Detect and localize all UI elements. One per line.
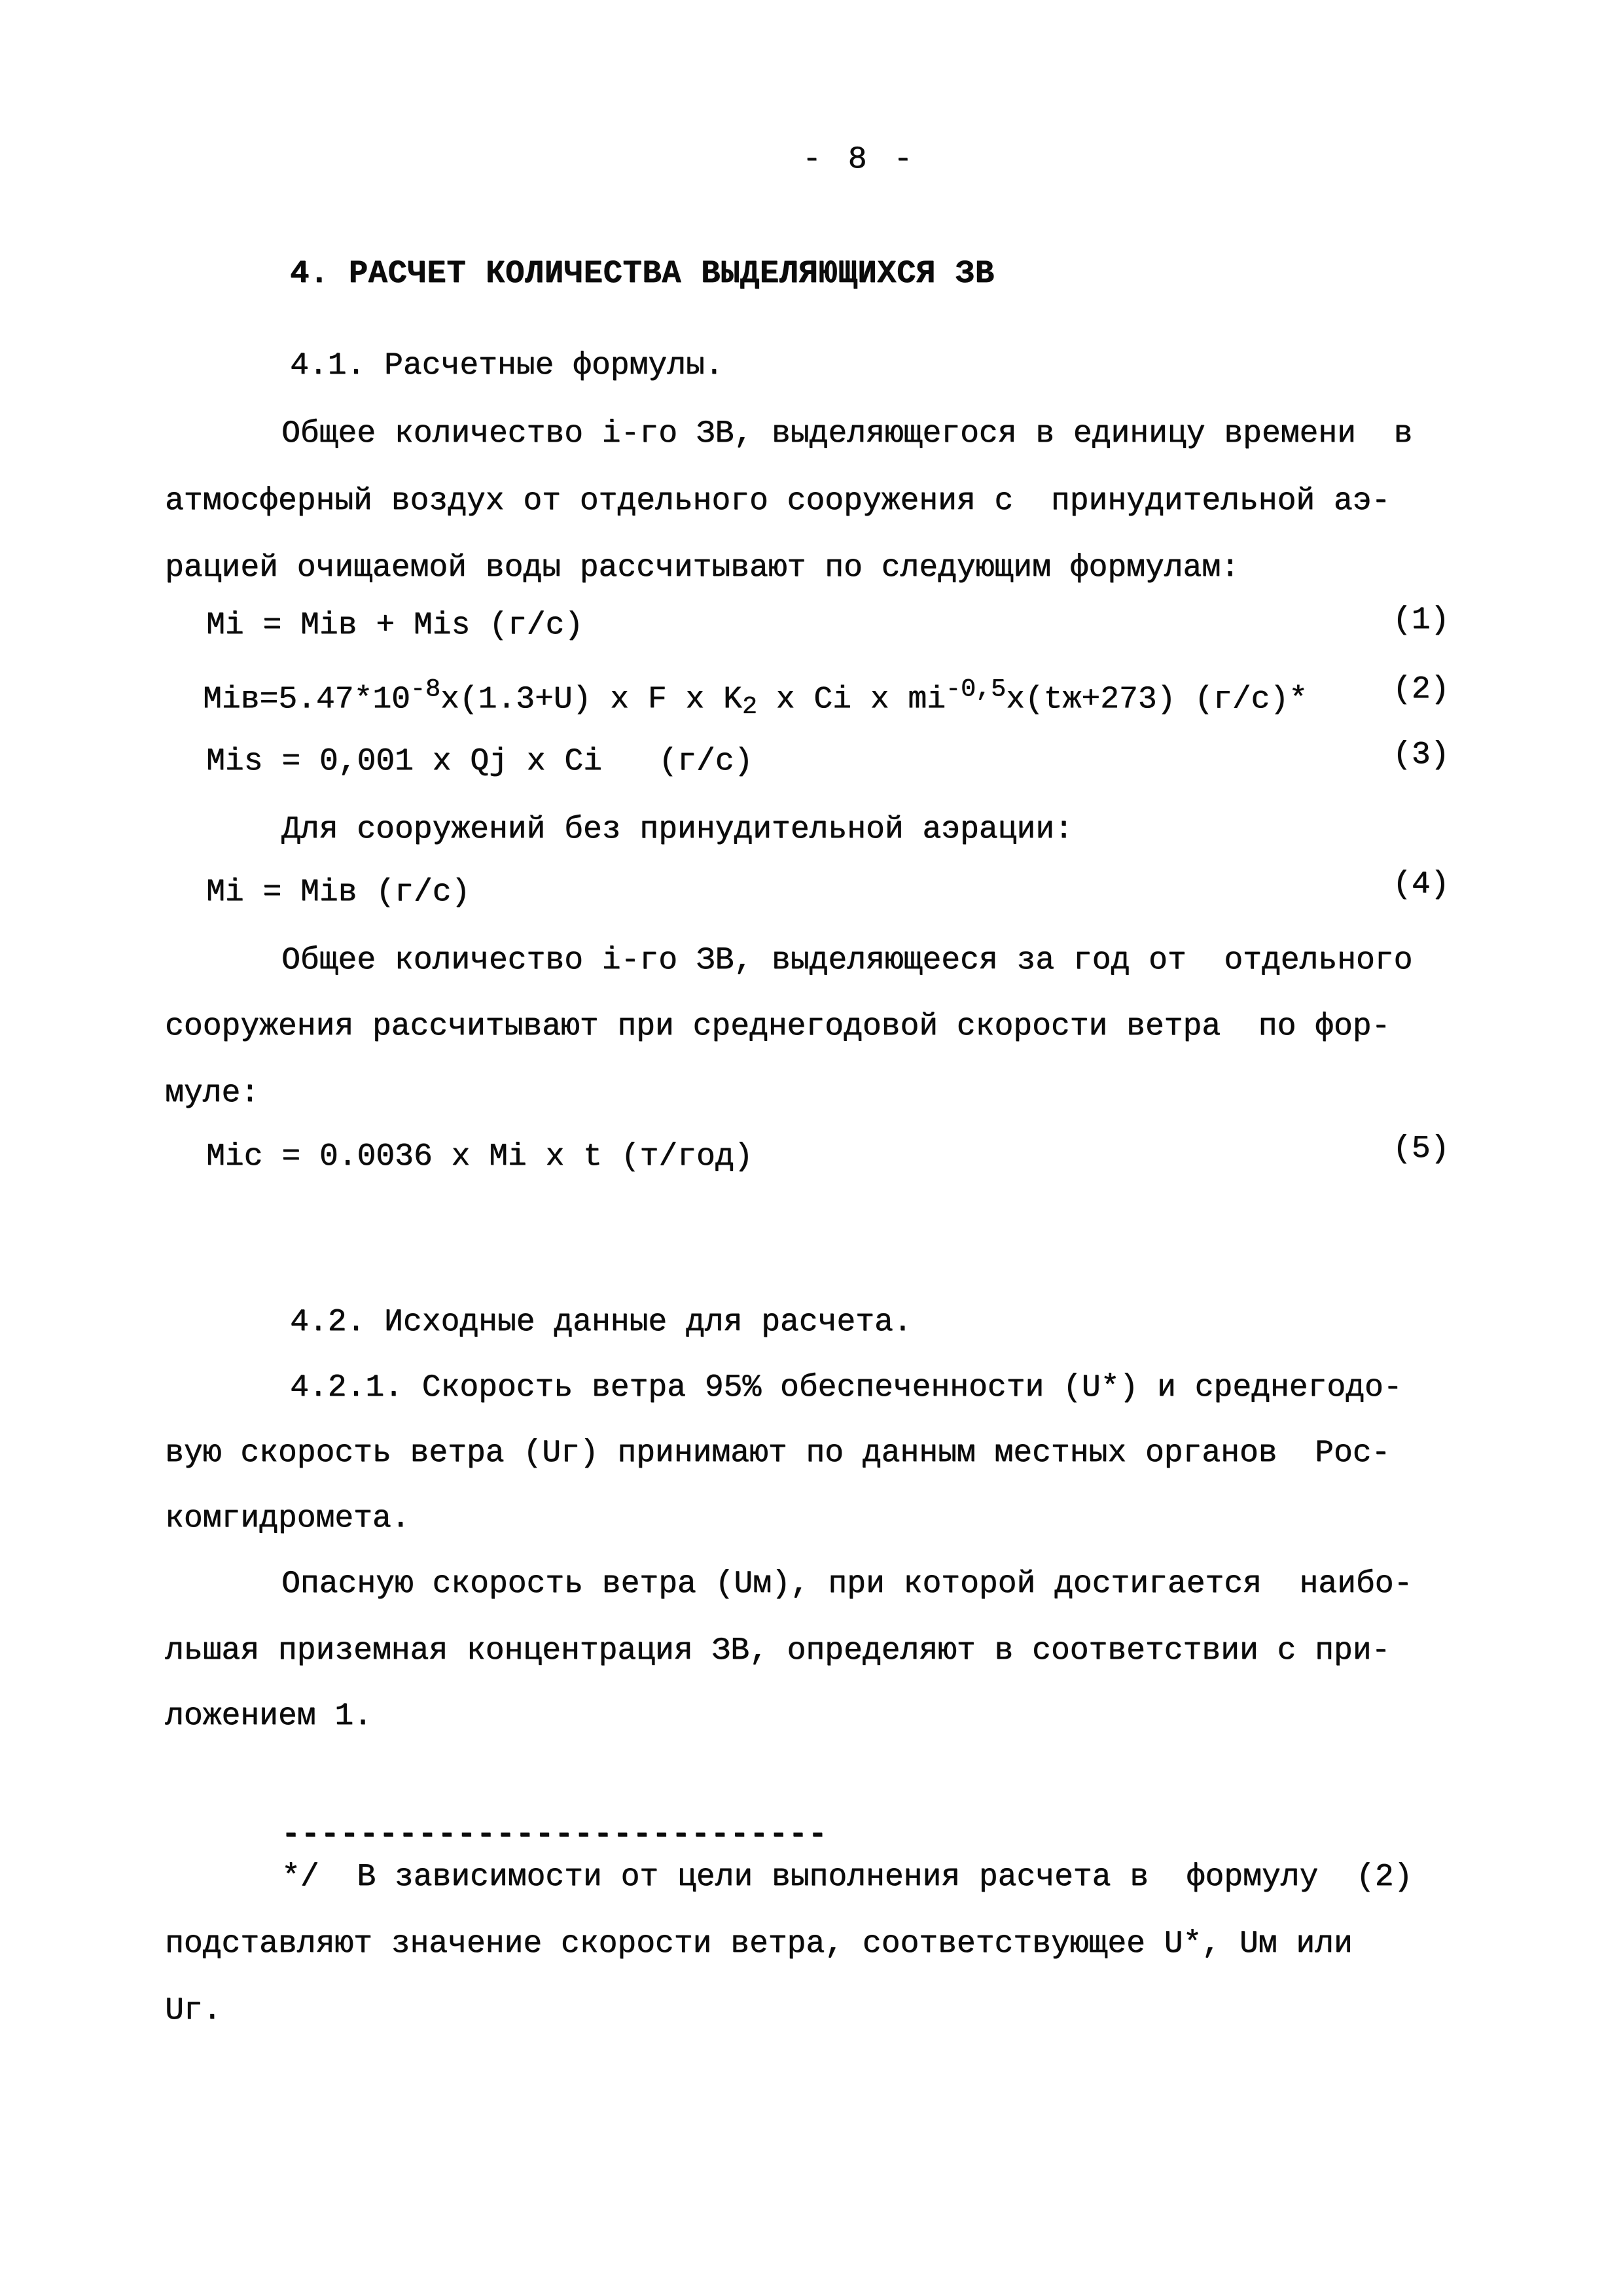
formula-4: Mi = Miв (г/с): [206, 875, 470, 910]
formula-5: Mic = 0.0036 x Mi x t (т/год): [206, 1140, 753, 1174]
formula-2-part: x(tж+273) (г/с)*: [1006, 682, 1308, 717]
document-page: - 8 - 4. РАСЧЕТ КОЛИЧЕСТВА ВЫДЕЛЯЮЩИХСЯ …: [0, 0, 1623, 2296]
paragraph-line: атмосферный воздух от отдельного сооруже…: [165, 484, 1390, 519]
paragraph-line: сооружения рассчитывают при среднегодово…: [165, 1010, 1390, 1044]
paragraph-line: льшая приземная концентрация ЗВ, определ…: [165, 1634, 1390, 1669]
paragraph-line: комгидромета.: [165, 1502, 410, 1536]
formula-2-superscript: -8: [410, 675, 440, 703]
subsection-title-4-1: 4.1. Расчетные формулы.: [290, 349, 724, 383]
formula-2: Miв=5.47*10-8x(1.3+U) x F x K2 x Ci x mi…: [203, 675, 1308, 720]
paragraph-line: Общее количество i-го ЗВ, выделяющегося …: [281, 417, 1412, 451]
formula-1: Mi = Miв + Mis (г/с): [206, 609, 583, 643]
paragraph-line: 4.2.1. Скорость ветра 95% обеспеченности…: [290, 1371, 1402, 1405]
page-number: - 8 -: [802, 143, 916, 177]
formula-2-subscript: 2: [742, 692, 757, 721]
paragraph-line: рацией очищаемой воды рассчитывают по сл…: [165, 551, 1240, 586]
footnote-line: */ В зависимости от цели выполнения расч…: [281, 1860, 1412, 1895]
paragraph-line: Для сооружений без принудительной аэраци…: [281, 813, 1073, 847]
paragraph-line: муле:: [165, 1076, 259, 1111]
subsection-title-4-2: 4.2. Исходные данные для расчета.: [290, 1305, 912, 1340]
section-heading: 4. РАСЧЕТ КОЛИЧЕСТВА ВЫДЕЛЯЮЩИХСЯ ЗВ: [290, 256, 995, 292]
formula-2-part: x(1.3+U) x F x K: [440, 682, 742, 717]
footnote-separator: ----------------------------: [281, 1818, 828, 1852]
formula-5-number: (5): [1393, 1132, 1449, 1167]
footnote-line: Uг.: [165, 1994, 221, 2028]
footnote-line: подставляют значение скорости ветра, соо…: [165, 1927, 1353, 1962]
paragraph-line: ложением 1.: [165, 1699, 372, 1734]
formula-2-number: (2): [1393, 673, 1449, 707]
formula-2-part: x Ci x mi: [757, 682, 946, 717]
formula-4-number: (4): [1393, 868, 1449, 902]
formula-3-number: (3): [1393, 738, 1449, 773]
formula-2-superscript: -0,5: [946, 675, 1006, 703]
formula-2-part: Miв=5.47*10: [203, 682, 410, 717]
paragraph-line: вую скорость ветра (Uг) принимают по дан…: [165, 1436, 1390, 1471]
paragraph-line: Опасную скорость ветра (Uм), при которой…: [281, 1567, 1412, 1602]
formula-1-number: (1): [1393, 603, 1449, 638]
paragraph-line: Общее количество i-го ЗВ, выделяющееся з…: [281, 944, 1412, 978]
formula-3: Mis = 0,001 x Qj x Ci (г/с): [206, 745, 753, 779]
